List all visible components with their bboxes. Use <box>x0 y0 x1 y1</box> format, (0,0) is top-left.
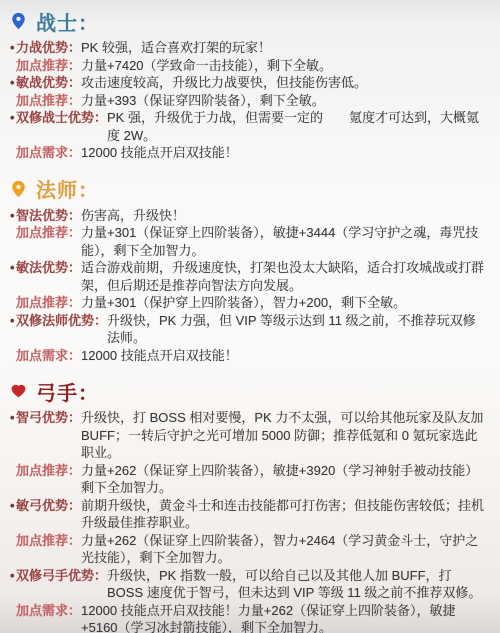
entry-label: 加点推荐： <box>16 462 81 480</box>
entry-text: 力量+301（保证穿上四阶装备），敏捷+3444（学习守护之魂，毒咒技能），剩下… <box>81 224 488 259</box>
section-mage: 法师： •智法优势： 伤害高，升级快！ 加点推荐： 力量+301（保证穿上四阶装… <box>10 176 488 365</box>
entry-label: •智法优势： <box>16 207 81 225</box>
entry-recommend: 加点推荐： 力量+393（保证穿四阶装备），剩下全敏。 <box>10 92 488 110</box>
entry-text: PK 强，升级优于力战，但需要一定的 氪度才可达到，大概氪度 2W。 <box>107 109 488 144</box>
entry-label: •双修战士优势： <box>16 109 107 127</box>
guide-document: 战士： •力战优势： PK 较强，适合喜欢打架的玩家！ 加点推荐： 力量+742… <box>0 0 500 633</box>
section-header-archer: 弓手： <box>11 378 488 404</box>
entry-label: •力战优势： <box>16 39 81 57</box>
entry-label: 加点推荐： <box>16 57 81 75</box>
entry-advantage: •智弓优势： 升级快，打 BOSS 相对要慢，PK 力不太强，可以给其他玩家及队… <box>10 409 488 462</box>
section-title: 法师： <box>36 174 99 203</box>
entry-label: 加点需求： <box>16 144 81 162</box>
entry-text: 力量+301（保护穿上四阶装备），智力+200，剩下全敏。 <box>81 294 488 312</box>
section-title: 战士： <box>36 7 99 36</box>
section-warrior: 战士： •力战优势： PK 较强，适合喜欢打架的玩家！ 加点推荐： 力量+742… <box>10 8 488 162</box>
entry-text: 升级快，PK 力强，但 VIP 等级示达到 11 级之前，不推荐玩双修法师。 <box>107 312 488 347</box>
entry-label: •敏战优势： <box>16 74 81 92</box>
entry-text: 力量+7420（学致命一击技能），剩下全敏。 <box>81 57 488 75</box>
section-header-mage: 法师： <box>11 176 488 202</box>
entry-requirement: 加点需求： 12000 技能点开启双技能！力量+262（保证穿上四阶装备），敏捷… <box>10 602 488 633</box>
entry-text: 适合游戏前期，升级速度快，打架也没太大缺陷，适合打攻城战或打群架，但后期还是推荐… <box>81 259 488 294</box>
entry-text: 攻击速度较高，升级比力战要快，但技能伤害低。 <box>81 74 488 92</box>
entry-label: 加点需求： <box>16 602 81 620</box>
entry-label: •双修弓手优势： <box>16 567 107 585</box>
entry-recommend: 加点推荐： 力量+301（保护穿上四阶装备），智力+200，剩下全敏。 <box>10 294 488 312</box>
entry-text: 力量+262（保证穿上四阶装备），智力+2464（学习黄金斗士，守护之光技能），… <box>81 532 488 567</box>
entry-advantage: •智法优势： 伤害高，升级快！ <box>10 207 488 225</box>
entry-label: 加点推荐： <box>16 532 81 550</box>
entry-requirement: 加点需求： 12000 技能点开启双技能！ <box>10 144 488 162</box>
entry-label: 加点需求： <box>16 347 81 365</box>
section-title: 弓手： <box>36 377 99 406</box>
entry-label: •双修法师优势： <box>16 312 107 330</box>
entry-label: •敏法优势： <box>16 259 81 277</box>
entry-text: 12000 技能点开启双技能！力量+262（保证穿上四阶装备），敏捷+5160（… <box>81 602 488 633</box>
entry-label: •智弓优势： <box>16 409 81 427</box>
heart-icon <box>11 382 27 400</box>
entry-label: 加点推荐： <box>16 92 81 110</box>
entry-text: 力量+393（保证穿四阶装备），剩下全敏。 <box>81 92 488 110</box>
entry-text: 12000 技能点开启双技能！ <box>81 347 488 365</box>
section-archer: 弓手： •智弓优势： 升级快，打 BOSS 相对要慢，PK 力不太强，可以给其他… <box>10 378 488 633</box>
entry-requirement: 加点需求： 12000 技能点开启双技能！ <box>10 347 488 365</box>
entry-text: 伤害高，升级快！ <box>81 207 488 225</box>
entry-recommend: 加点推荐： 力量+262（保证穿上四阶装备），智力+2464（学习黄金斗士，守护… <box>10 532 488 567</box>
map-pin-icon <box>11 180 27 198</box>
map-pin-icon <box>11 12 27 30</box>
entry-advantage: •双修法师优势： 升级快，PK 力强，但 VIP 等级示达到 11 级之前，不推… <box>10 312 488 347</box>
entry-advantage: •双修弓手优势： 升级快，PK 指数一般，可以给自己以及其他人加 BUFF，打 … <box>10 567 488 602</box>
entry-text: 12000 技能点开启双技能！ <box>81 144 488 162</box>
entry-recommend: 加点推荐： 力量+262（保证穿上四阶装备），敏捷+3920（学习神射手被动技能… <box>10 462 488 497</box>
entry-advantage: •敏弓优势： 前期升级快，黄金斗士和连击技能都可打伤害；但技能伤害较低；挂机升级… <box>10 497 488 532</box>
entry-advantage: •双修战士优势： PK 强，升级优于力战，但需要一定的 氪度才可达到，大概氪度 … <box>10 109 488 144</box>
entry-advantage: •敏战优势： 攻击速度较高，升级比力战要快，但技能伤害低。 <box>10 74 488 92</box>
entry-recommend: 加点推荐： 力量+7420（学致命一击技能），剩下全敏。 <box>10 57 488 75</box>
entry-advantage: •力战优势： PK 较强，适合喜欢打架的玩家！ <box>10 39 488 57</box>
entry-text: 升级快，PK 指数一般，可以给自己以及其他人加 BUFF，打 BOSS 速度优于… <box>107 567 488 602</box>
entry-recommend: 加点推荐： 力量+301（保证穿上四阶装备），敏捷+3444（学习守护之魂，毒咒… <box>10 224 488 259</box>
entry-text: 力量+262（保证穿上四阶装备），敏捷+3920（学习神射手被动技能）剩下全加智… <box>81 462 488 497</box>
entry-label: 加点推荐： <box>16 224 81 242</box>
entry-text: 升级快，打 BOSS 相对要慢，PK 力不太强，可以给其他玩家及队友加 BUFF… <box>81 409 488 462</box>
entry-label: 加点推荐： <box>16 294 81 312</box>
entry-text: 前期升级快，黄金斗士和连击技能都可打伤害；但技能伤害较低；挂机升级最佳推荐职业。 <box>81 497 488 532</box>
entry-text: PK 较强，适合喜欢打架的玩家！ <box>81 39 488 57</box>
entry-label: •敏弓优势： <box>16 497 81 515</box>
section-header-warrior: 战士： <box>11 8 488 34</box>
entry-advantage: •敏法优势： 适合游戏前期，升级速度快，打架也没太大缺陷，适合打攻城战或打群架，… <box>10 259 488 294</box>
